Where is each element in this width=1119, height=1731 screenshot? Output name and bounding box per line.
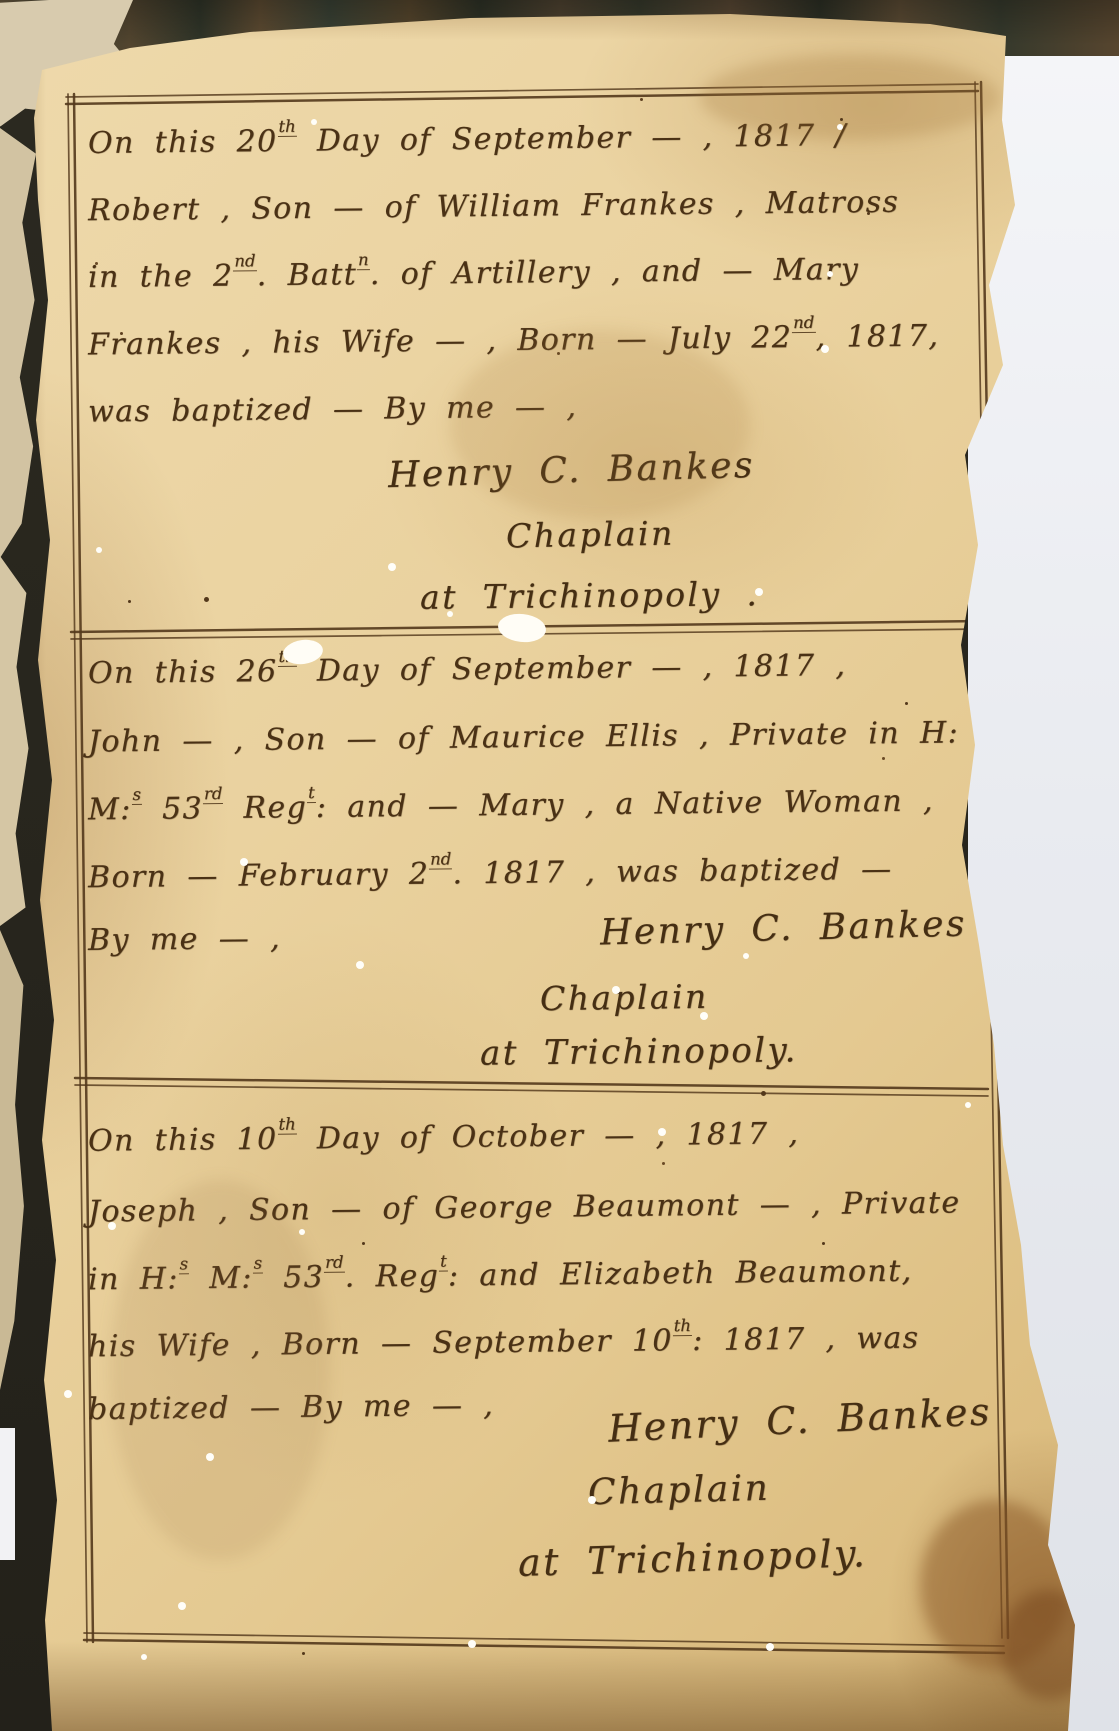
bleed-through-smudge — [450, 330, 750, 520]
white-backdrop-sliver — [0, 1428, 15, 1560]
register-page: On this 20th Day of September — , 1817 /… — [0, 0, 1119, 1731]
signature-role: Chaplain — [588, 1468, 771, 1513]
signature-place: at Trichinopoly. — [517, 1531, 867, 1585]
ink-stain — [700, 55, 1000, 140]
torn-paper-fragment — [0, 556, 30, 926]
photograph-of-baptism-register-page: On this 20th Day of September — , 1817 /… — [0, 0, 1119, 1731]
chaplain-signature: Henry C. Bankes — [607, 1389, 992, 1450]
bleed-through-smudge — [110, 1180, 330, 1560]
torn-paper-fragment — [0, 128, 36, 558]
torn-paper-fragment — [0, 930, 26, 1390]
entry-line: On this 10th Day of October — , 1817 , — [88, 1116, 800, 1158]
